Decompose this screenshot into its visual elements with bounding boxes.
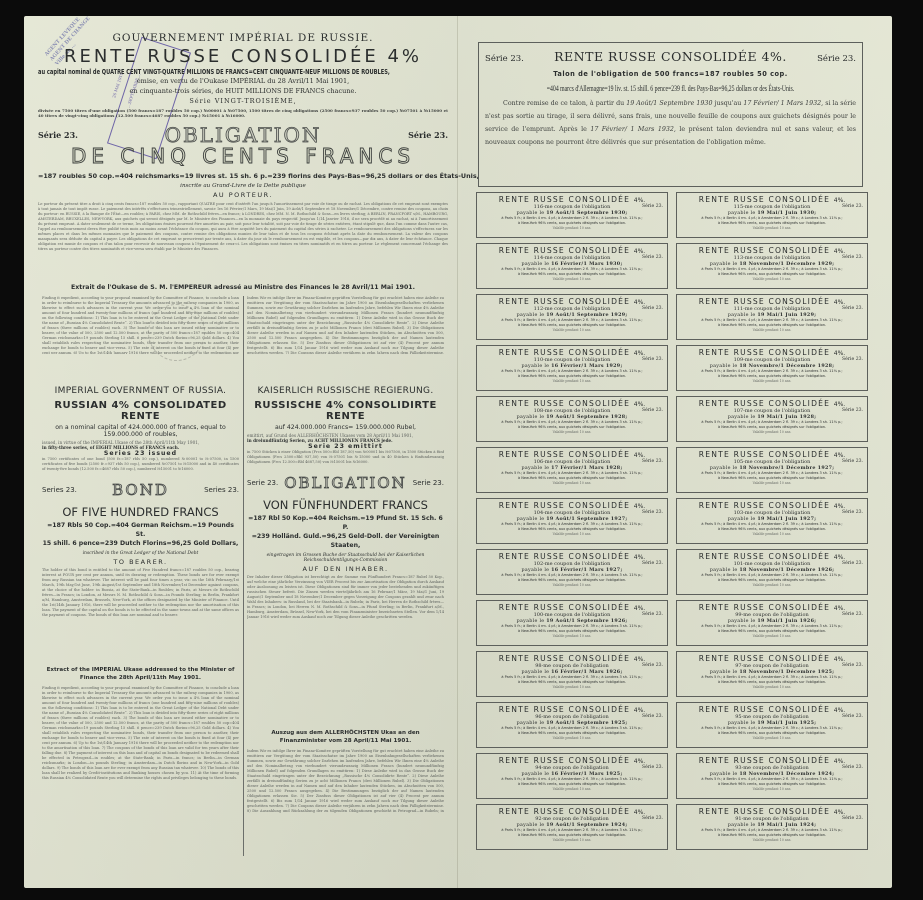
coupon-validity: Valable pendant 10 ans. (681, 787, 863, 791)
percent-ornament-icon: 4%. (634, 248, 645, 255)
coupon-validity: Valable pendant 10 ans. (481, 532, 663, 536)
coupon-serie: Série 23. (642, 765, 663, 770)
german-column: KAISERLICH RUSSISCHE REGIERUNG. RUSSISCH… (243, 386, 448, 864)
coupon-109-me[interactable]: RENTE RUSSE CONSOLIDÉE 4%. 109-me coupon… (676, 345, 868, 391)
talon-serie-left: Série 23. (485, 54, 524, 64)
auf-den-inhaber: AUF DEN INHABER. (247, 565, 444, 573)
coupon-title: RENTE RUSSE CONSOLIDÉE 4%. (481, 807, 663, 816)
talon-title: RENTE RUSSE CONSOLIDÉE 4%. (554, 49, 787, 64)
coupon-sheet: Série 23. RENTE RUSSE CONSOLIDÉE 4%. Sér… (468, 16, 880, 888)
coupon-validity: Valable pendant 10 ans. (681, 838, 863, 842)
coupon-number: 108-me coupon de l'obligationSérie 23. (481, 408, 663, 414)
coupon-title: RENTE RUSSE CONSOLIDÉE 4%. (481, 603, 663, 612)
coupon-serie: Série 23. (642, 714, 663, 719)
coupon-title: RENTE RUSSE CONSOLIDÉE 4%. (681, 705, 863, 714)
coupon-validity: Valable pendant 10 ans. (481, 226, 663, 230)
to-bearer: TO BEARER. (42, 558, 239, 566)
gov-heading-en: IMPERIAL GOVERNMENT OF RUSSIA. (42, 386, 239, 396)
coupon-92-me[interactable]: RENTE RUSSE CONSOLIDÉE 4%. 92-me coupon … (476, 804, 668, 850)
coupon-98-me[interactable]: RENTE RUSSE CONSOLIDÉE 4%. 98-me coupon … (476, 651, 668, 697)
coupon-validity: Valable pendant 10 ans. (681, 226, 863, 230)
series-right-en: Series 23. (204, 486, 239, 494)
coupon-validity: Valable pendant 10 ans. (481, 736, 663, 740)
percent-ornament-icon: 4%. (634, 809, 645, 816)
coupon-serie: Série 23. (842, 408, 863, 413)
gov-heading-fr: GOUVERNEMENT IMPÉRIAL DE RUSSIE. (38, 32, 448, 44)
coupon-number: 95-me coupon de l'obligationSérie 23. (681, 714, 863, 720)
coupon-114-me[interactable]: RENTE RUSSE CONSOLIDÉE 4%. 114-me coupon… (476, 243, 668, 289)
coupon-number: 116-me coupon de l'obligationSérie 23. (481, 204, 663, 210)
series-issued-en: Series 23 issued (42, 450, 239, 457)
rente-title-fr: RENTE RUSSE CONSOLIDÉE 4% (38, 46, 448, 67)
coupon-title: RENTE RUSSE CONSOLIDÉE 4%. (681, 195, 863, 204)
coupon-validity: Valable pendant 10 ans. (481, 379, 663, 383)
coupon-number: 93-me coupon de l'obligationSérie 23. (681, 765, 863, 771)
coupon-number: 109-me coupon de l'obligationSérie 23. (681, 357, 863, 363)
coupon-108-me[interactable]: RENTE RUSSE CONSOLIDÉE 4%. 108-me coupon… (476, 396, 668, 442)
obligation-heading-row-de: Serie 23. OBLIGATION Serie 23. (247, 474, 444, 492)
coupon-95-me[interactable]: RENTE RUSSE CONSOLIDÉE 4%. 95-me coupon … (676, 702, 868, 748)
coupon-105-me[interactable]: RENTE RUSSE CONSOLIDÉE 4%. 105-me coupon… (676, 447, 868, 493)
division-text-fr: divisée en 7500 titres d'une obligation … (38, 108, 448, 118)
percent-ornament-icon: 4%. (634, 707, 645, 714)
coupon-number: 100-me coupon de l'obligationSérie 23. (481, 612, 663, 618)
division-de: in 7500 Stücken à einer Obligation (Frcs… (247, 450, 444, 470)
extrait-col-right: Indem Wir es infolge Ihrer im Finanz-Kom… (243, 296, 448, 354)
coupon-number: 96-me coupon de l'obligationSérie 23. (481, 714, 663, 720)
coupon-validity: Valable pendant 10 ans. (481, 787, 663, 791)
coupon-serie: Série 23. (642, 510, 663, 515)
translation-columns: IMPERIAL GOVERNMENT OF RUSSIA. RUSSIAN 4… (38, 386, 448, 864)
series-left-en: Series 23. (42, 486, 77, 494)
coupon-serie: Série 23. (842, 306, 863, 311)
coupon-serie: Série 23. (642, 612, 663, 617)
extrait-heading: Extrait de l'Oukase de S. M. l'EMPEREUR … (38, 284, 448, 291)
percent-ornament-icon: 4%. (834, 605, 845, 612)
serie-left: Série 23. (38, 130, 78, 140)
coupon-number: 101-me coupon de l'obligationSérie 23. (681, 561, 863, 567)
coupon-validity: Valable pendant 10 ans. (481, 583, 663, 587)
coupon-number: 104-me coupon de l'obligationSérie 23. (481, 510, 663, 516)
coupon-title: RENTE RUSSE CONSOLIDÉE 4%. (681, 552, 863, 561)
coupon-number: 99-me coupon de l'obligationSérie 23. (681, 612, 863, 618)
coupon-107-me[interactable]: RENTE RUSSE CONSOLIDÉE 4%. 107-me coupon… (676, 396, 868, 442)
coupon-serie: Série 23. (842, 357, 863, 362)
bond-heading-row: Series 23. BOND Series 23. (42, 481, 239, 499)
capital-de: auf 424.000.000 Francs= 159.000.000 Rube… (247, 424, 444, 431)
coupon-title: RENTE RUSSE CONSOLIDÉE 4%. (481, 756, 663, 765)
coupon-title: RENTE RUSSE CONSOLIDÉE 4%. (681, 450, 863, 459)
coupon-serie: Série 23. (842, 204, 863, 209)
series-desc-line: en cinquante-trois séries, de HUIT MILLI… (38, 87, 448, 95)
coupon-103-me[interactable]: RENTE RUSSE CONSOLIDÉE 4%. 103-me coupon… (676, 498, 868, 544)
percent-ornament-icon: 4%. (834, 248, 845, 255)
eq1-en: =187 Rbls 50 Cop.=404 German Reichsm.=19… (42, 521, 239, 539)
coupon-number: 110-me coupon de l'obligationSérie 23. (481, 357, 663, 363)
coupon-number: 94-me coupon de l'obligationSérie 23. (481, 765, 663, 771)
coupon-title: RENTE RUSSE CONSOLIDÉE 4%. (481, 297, 663, 306)
coupon-serie: Série 23. (642, 816, 663, 821)
coupon-serie: Série 23. (842, 714, 863, 719)
series-issued-de: Serie 23 emittirt (247, 443, 444, 450)
coupon-116-me[interactable]: RENTE RUSSE CONSOLIDÉE 4%. 116-me coupon… (476, 192, 668, 238)
coupon-validity: Valable pendant 10 ans. (481, 685, 663, 689)
extract-heading-en: Extract of the IMPERIAL Ukase addressed … (42, 666, 239, 682)
coupon-100-me[interactable]: RENTE RUSSE CONSOLIDÉE 4%. 100-me coupon… (476, 600, 668, 646)
coupon-validity: Valable pendant 10 ans. (681, 277, 863, 281)
division-en: in 7500 certificates of one bond (500 fr… (42, 457, 239, 477)
eq2-de: =239 Holländ. Guld.=96,25 Geld-Doll. der… (247, 532, 444, 550)
coupon-serie: Série 23. (642, 459, 663, 464)
five-hundred-francs-de: VON FÜNFHUNDERT FRANCS (247, 498, 444, 512)
body-text-en: The holder of this bond is entitled to t… (42, 568, 239, 660)
coupon-number: 111-me coupon de l'obligationSérie 23. (681, 306, 863, 312)
eingetragen-de: eingetragen im Grossen Buche der Staatss… (247, 553, 444, 563)
serie-left-de: Serie 23. (247, 479, 278, 487)
bond-certificate: AGENT LEVEQUE AGENT DE CHANGE Ville de .… (38, 16, 448, 888)
coupon-title: RENTE RUSSE CONSOLIDÉE 4%. (681, 603, 863, 612)
coupon-title: RENTE RUSSE CONSOLIDÉE 4%. (681, 246, 863, 255)
coupon-number: 98-me coupon de l'obligationSérie 23. (481, 663, 663, 669)
coupon-104-me[interactable]: RENTE RUSSE CONSOLIDÉE 4%. 104-me coupon… (476, 498, 668, 544)
coupon-94-me[interactable]: RENTE RUSSE CONSOLIDÉE 4%. 94-me coupon … (476, 753, 668, 799)
coupon-number: 91-me coupon de l'obligationSérie 23. (681, 816, 863, 822)
coupon-title: RENTE RUSSE CONSOLIDÉE 4%. (681, 297, 863, 306)
coupon-serie: Série 23. (842, 612, 863, 617)
coupon-serie: Série 23. (642, 306, 663, 311)
coupon-serie: Série 23. (642, 561, 663, 566)
coupon-111-me[interactable]: RENTE RUSSE CONSOLIDÉE 4%. 111-me coupon… (676, 294, 868, 340)
fold-line (457, 16, 458, 888)
coupon-validity: Valable pendant 10 ans. (481, 634, 663, 638)
coupon-title: RENTE RUSSE CONSOLIDÉE 4%. (481, 501, 663, 510)
coupon-91-me[interactable]: RENTE RUSSE CONSOLIDÉE 4%. 91-me coupon … (676, 804, 868, 850)
inscrite-line: inscrite au Grand-Livre de la Dette publ… (38, 183, 448, 189)
percent-ornament-icon: 4%. (834, 452, 845, 459)
talon-subtitle: Talon de l'obligation de 500 francs=187 … (485, 70, 856, 78)
coupon-102-me[interactable]: RENTE RUSSE CONSOLIDÉE 4%. 102-me coupon… (476, 549, 668, 595)
coupon-serie: Série 23. (842, 459, 863, 464)
coupon-number: 113-me coupon de l'obligationSérie 23. (681, 255, 863, 261)
coupon-serie: Série 23. (842, 765, 863, 770)
percent-ornament-icon: 4%. (634, 350, 645, 357)
talon-header: Série 23. RENTE RUSSE CONSOLIDÉE 4%. Sér… (485, 49, 856, 64)
coupon-110-me[interactable]: RENTE RUSSE CONSOLIDÉE 4%. 110-me coupon… (476, 345, 668, 391)
percent-ornament-icon: 4%. (834, 707, 845, 714)
extrait-col-left: Finding it expedient, according to your … (38, 296, 243, 354)
coupon-validity: Valable pendant 10 ans. (481, 838, 663, 842)
percent-ornament-icon: 4%. (634, 299, 645, 306)
coupon-serie: Série 23. (842, 663, 863, 668)
coupon-validity: Valable pendant 10 ans. (481, 328, 663, 332)
body-text-fr: Le porteur du présent titre a droit à ci… (38, 202, 448, 280)
coupon-validity: Valable pendant 10 ans. (681, 685, 863, 689)
english-column: IMPERIAL GOVERNMENT OF RUSSIA. RUSSIAN 4… (38, 386, 243, 864)
body-text-de: Der Inhaber dieser Obligation ist berech… (247, 575, 444, 725)
coupon-title: RENTE RUSSE CONSOLIDÉE 4%. (481, 552, 663, 561)
coupon-grid: RENTE RUSSE CONSOLIDÉE 4%. 116-me coupon… (476, 192, 868, 850)
percent-ornament-icon: 4%. (834, 401, 845, 408)
percent-ornament-icon: 4%. (834, 299, 845, 306)
coupon-106-me[interactable]: RENTE RUSSE CONSOLIDÉE 4%. 106-me coupon… (476, 447, 668, 493)
coupon-title: RENTE RUSSE CONSOLIDÉE 4%. (681, 807, 863, 816)
extract-body-en: Finding it expedient, according to your … (42, 686, 239, 864)
percent-ornament-icon: 4%. (634, 656, 645, 663)
percent-ornament-icon: 4%. (834, 350, 845, 357)
coupon-validity: Valable pendant 10 ans. (681, 481, 863, 485)
coupon-number: 102-me coupon de l'obligationSérie 23. (481, 561, 663, 567)
capital-en: on a nominal capital of 424.000.000 of f… (42, 424, 239, 438)
coupon-title: RENTE RUSSE CONSOLIDÉE 4%. (481, 654, 663, 663)
coupon-serie: Série 23. (642, 204, 663, 209)
auszug-body-de: Indem Wir es infolge Ihrer im Finanz-Kom… (247, 749, 444, 813)
coupon-serie: Série 23. (842, 510, 863, 515)
coupon-96-me[interactable]: RENTE RUSSE CONSOLIDÉE 4%. 96-me coupon … (476, 702, 668, 748)
coupon-validity: Valable pendant 10 ans. (681, 430, 863, 434)
percent-ornament-icon: 4%. (634, 605, 645, 612)
coupon-number: 97-me coupon de l'obligationSérie 23. (681, 663, 863, 669)
coupon-number: 103-me coupon de l'obligationSérie 23. (681, 510, 863, 516)
coupon-validity: Valable pendant 10 ans. (681, 532, 863, 536)
talon-paragraph: Contre remise de ce talon, à partir du 1… (485, 97, 856, 149)
obligation-heading-de: OBLIGATION (284, 474, 407, 492)
coupon-validity: Valable pendant 10 ans. (681, 379, 863, 383)
coupon-title: RENTE RUSSE CONSOLIDÉE 4%. (481, 195, 663, 204)
coupon-113-me[interactable]: RENTE RUSSE CONSOLIDÉE 4%. 113-me coupon… (676, 243, 868, 289)
percent-ornament-icon: 4%. (834, 656, 845, 663)
coupon-validity: Valable pendant 10 ans. (481, 430, 663, 434)
coupon-number: 115-me coupon de l'obligationSérie 23. (681, 204, 863, 210)
cinq-cents-francs-heading: DE CINQ CENTS FRANCS (38, 144, 448, 168)
coupon-validity: Valable pendant 10 ans. (681, 583, 863, 587)
coupon-validity: Valable pendant 10 ans. (481, 277, 663, 281)
talon-equivalence: =404 marcs d'Allemagne=19 liv. st. 15 sh… (537, 84, 804, 93)
coupon-title: RENTE RUSSE CONSOLIDÉE 4%. (481, 705, 663, 714)
coupon-serie: Série 23. (642, 663, 663, 668)
percent-ornament-icon: 4%. (834, 809, 845, 816)
percent-ornament-icon: 4%. (634, 758, 645, 765)
coupon-97-me[interactable]: RENTE RUSSE CONSOLIDÉE 4%. 97-me coupon … (676, 651, 868, 697)
coupon-validity: Valable pendant 10 ans. (681, 328, 863, 332)
coupon-serie: Série 23. (642, 357, 663, 362)
coupon-number: 106-me coupon de l'obligationSérie 23. (481, 459, 663, 465)
percent-ornament-icon: 4%. (634, 401, 645, 408)
serie-right: Série 23. (408, 130, 448, 140)
coupon-99-me[interactable]: RENTE RUSSE CONSOLIDÉE 4%. 99-me coupon … (676, 600, 868, 646)
coupon-112-me[interactable]: RENTE RUSSE CONSOLIDÉE 4%. 112-me coupon… (476, 294, 668, 340)
coupon-title: RENTE RUSSE CONSOLIDÉE 4%. (481, 246, 663, 255)
coupon-serie: Série 23. (642, 255, 663, 260)
rente-title-de: RUSSISCHE 4% CONSOLIDIRTE RENTE (247, 400, 444, 422)
talon-serie-right: Série 23. (817, 54, 856, 64)
coupon-number: 112-me coupon de l'obligationSérie 23. (481, 306, 663, 312)
coupon-number: 92-me coupon de l'obligationSérie 23. (481, 816, 663, 822)
auszug-heading-de: Auszug aus dem ALLERHÖCHSTEN Ukas an den… (247, 729, 444, 745)
emise-line: émise, en vertu de l'Oukase IMPÉRIAL du … (38, 77, 448, 85)
eq2-en: 15 shill. 6 pence=239 Dutch Florins=96,2… (42, 539, 239, 548)
coupon-101-me[interactable]: RENTE RUSSE CONSOLIDÉE 4%. 101-me coupon… (676, 549, 868, 595)
coupon-title: RENTE RUSSE CONSOLIDÉE 4%. (681, 654, 863, 663)
inscribed-en: inscribed in the Great Ledger of the Nat… (42, 551, 239, 556)
coupon-number: 107-me coupon de l'obligationSérie 23. (681, 408, 863, 414)
percent-ornament-icon: 4%. (634, 503, 645, 510)
coupon-serie: Série 23. (842, 255, 863, 260)
coupon-title: RENTE RUSSE CONSOLIDÉE 4%. (481, 399, 663, 408)
coupon-serie: Série 23. (842, 816, 863, 821)
coupon-serie: Série 23. (842, 561, 863, 566)
capital-line-fr: au capital nominal de QUATRE CENT VINGT-… (38, 68, 391, 76)
coupon-115-me[interactable]: RENTE RUSSE CONSOLIDÉE 4%. 115-me coupon… (676, 192, 868, 238)
coupon-validity: Valable pendant 10 ans. (681, 736, 863, 740)
bond-sheet: AGENT LEVEQUE AGENT DE CHANGE Ville de .… (24, 16, 892, 888)
percent-ornament-icon: 4%. (834, 197, 845, 204)
coupon-number: 114-me coupon de l'obligationSérie 23. (481, 255, 663, 261)
watermark-vignette (148, 304, 205, 361)
coupon-validity: Valable pendant 10 ans. (681, 634, 863, 638)
au-porteur: AU PORTEUR. (38, 191, 448, 199)
coupon-title: RENTE RUSSE CONSOLIDÉE 4%. (681, 348, 863, 357)
coupon-93-me[interactable]: RENTE RUSSE CONSOLIDÉE 4%. 93-me coupon … (676, 753, 868, 799)
percent-ornament-icon: 4%. (834, 758, 845, 765)
five-hundred-francs-en: OF FIVE HUNDRED FRANCS (42, 505, 239, 519)
eq1-de: =187 Rbl 50 Kop.=404 Reichsm.=19 Pfund S… (247, 514, 444, 532)
bond-heading: BOND (112, 481, 169, 499)
serie-right-de: Serie 23. (413, 479, 444, 487)
percent-ornament-icon: 4%. (834, 554, 845, 561)
percent-ornament-icon: 4%. (834, 503, 845, 510)
coupon-title: RENTE RUSSE CONSOLIDÉE 4%. (681, 399, 863, 408)
coupon-title: RENTE RUSSE CONSOLIDÉE 4%. (481, 450, 663, 459)
coupon-title: RENTE RUSSE CONSOLIDÉE 4%. (681, 501, 863, 510)
coupon-title: RENTE RUSSE CONSOLIDÉE 4%. (481, 348, 663, 357)
equivalence-fr: =187 roubles 50 cop.=404 reichsmarks=19 … (38, 172, 448, 180)
percent-ornament-icon: 4%. (634, 197, 645, 204)
serie-name: Série VINGT-TROISIÈME, (38, 97, 448, 105)
coupon-validity: Valable pendant 10 ans. (481, 481, 663, 485)
coupon-number: 105-me coupon de l'obligationSérie 23. (681, 459, 863, 465)
coupon-serie: Série 23. (642, 408, 663, 413)
percent-ornament-icon: 4%. (634, 452, 645, 459)
talon-box: Série 23. RENTE RUSSE CONSOLIDÉE 4%. Sér… (478, 42, 863, 187)
gov-heading-de: KAISERLICH RUSSISCHE REGIERUNG. (247, 386, 444, 396)
coupon-title: RENTE RUSSE CONSOLIDÉE 4%. (681, 756, 863, 765)
percent-ornament-icon: 4%. (634, 554, 645, 561)
rente-title-en: RUSSIAN 4% CONSOLIDATED RENTE (42, 400, 239, 422)
